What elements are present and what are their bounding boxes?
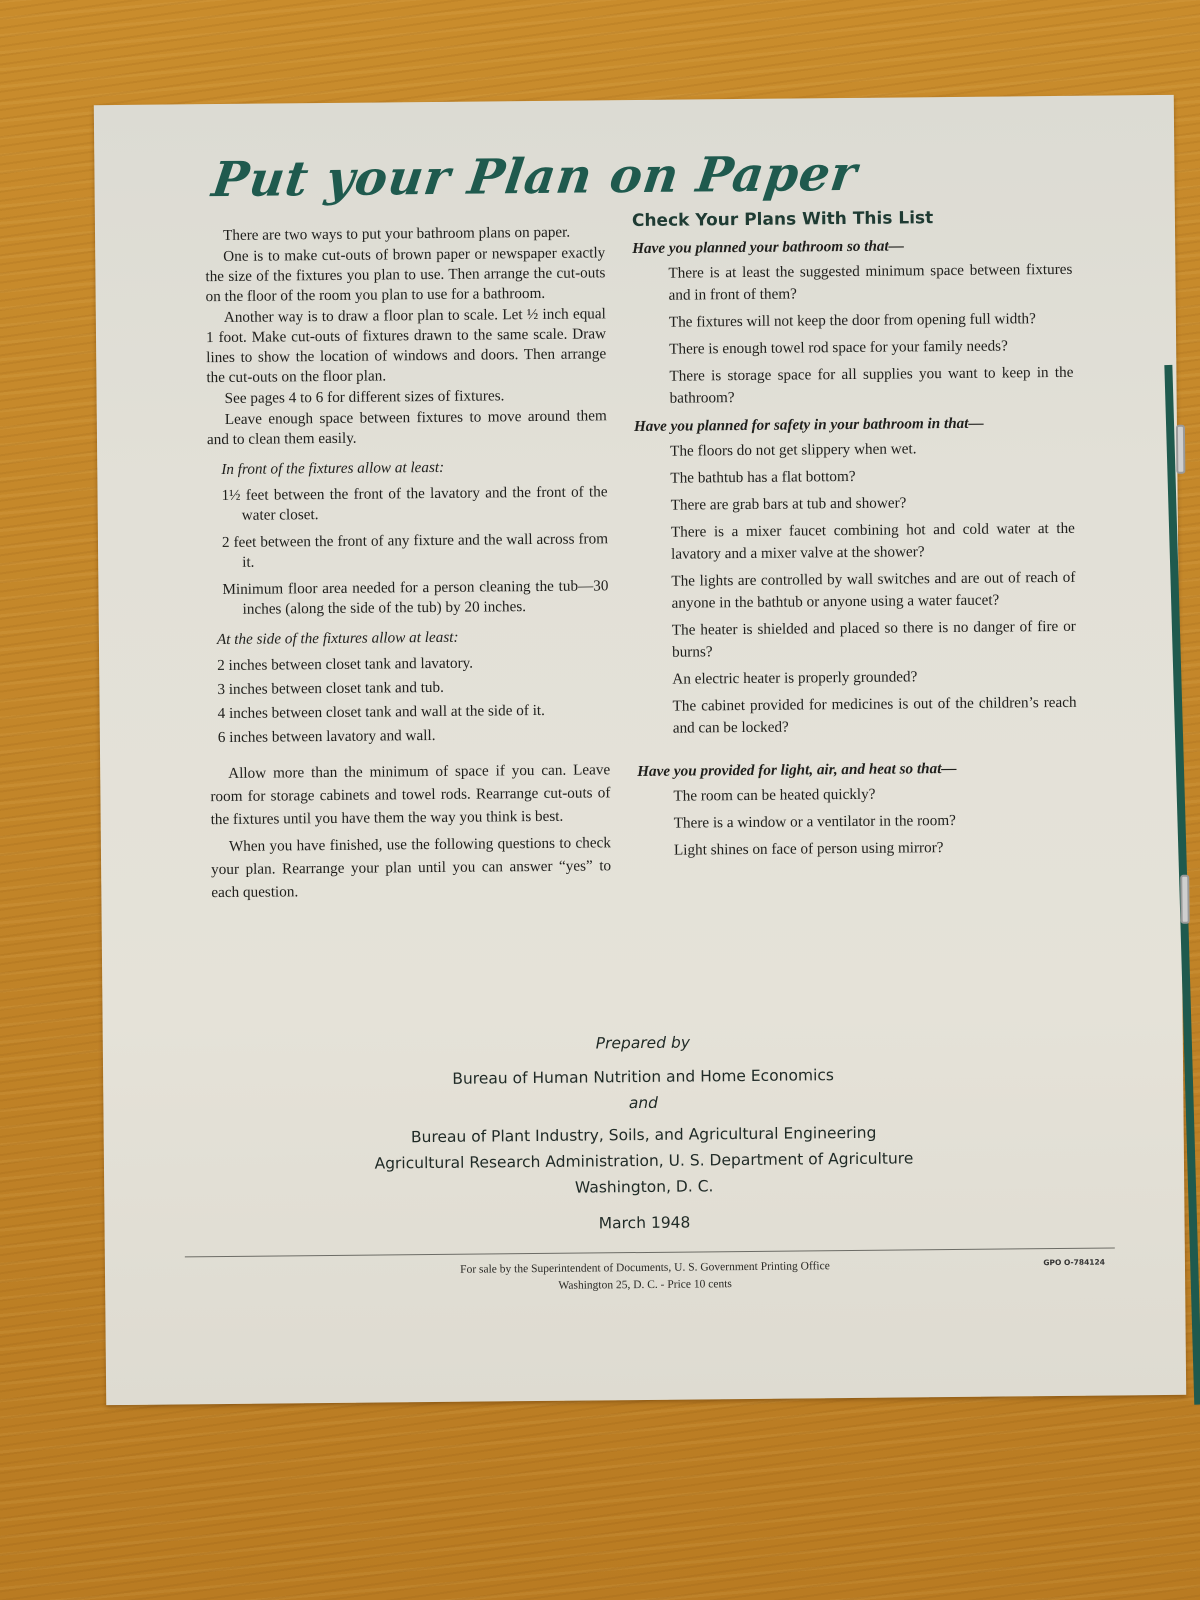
checklist-item: The floors do not get slippery when wet. <box>670 437 1074 463</box>
checklist-item: There is storage space for all supplies … <box>669 362 1073 410</box>
closing-paragraph: When you have finished, use the followin… <box>211 831 612 904</box>
left-column: There are two ways to put your bathroom … <box>205 222 611 905</box>
front-clearance-item: 1½ feet between the front of the lavator… <box>219 482 607 526</box>
checklist-item: The room can be heated quickly? <box>673 782 1077 808</box>
pamphlet-page: Put your Plan on Paper There are two way… <box>94 95 1186 1405</box>
checklist-item: The lights are controlled by wall switch… <box>671 567 1075 615</box>
checklist-title: Check Your Plans With This List <box>632 206 1072 232</box>
closing-paragraph: Allow more than the minimum of space if … <box>210 758 611 831</box>
sale-notice: For sale by the Superintendent of Docume… <box>105 1255 1185 1299</box>
checklist-item: There are grab bars at tub and shower? <box>671 491 1075 517</box>
checklist-item: An electric heater is properly grounded? <box>672 665 1076 691</box>
checklist-group-heading: Have you planned your bathroom so that— <box>632 234 1072 260</box>
side-clearance-item: 6 inches between lavatory and wall. <box>216 724 610 748</box>
min-floor-area-note: Minimum floor area needed for a person c… <box>220 576 608 620</box>
front-clearance-heading: In front of the fixtures allow at least: <box>221 456 607 480</box>
side-clearance-item: 3 inches between closet tank and tub. <box>215 676 609 700</box>
checklist-item: The cabinet provided for medicines is ou… <box>672 692 1076 740</box>
side-clearance-item: 4 inches between closet tank and wall at… <box>216 700 610 724</box>
credits-block: Prepared by Bureau of Human Nutrition an… <box>103 1025 1185 1241</box>
right-column: Check Your Plans With This List Have you… <box>632 206 1078 867</box>
page-title: Put your Plan on Paper <box>209 146 861 208</box>
checklist-group-heading: Have you planned for safety in your bath… <box>634 412 1074 438</box>
gpo-code: GPO O-784124 <box>1043 1258 1105 1268</box>
front-clearance-item: 2 feet between the front of any fixture … <box>220 529 608 573</box>
staple-icon <box>1176 425 1185 474</box>
checklist-item: There is a window or a ventilator in the… <box>674 809 1078 835</box>
checklist-group-heading: Have you provided for light, air, and he… <box>637 757 1077 783</box>
intro-paragraph: Another way is to draw a floor plan to s… <box>206 304 607 388</box>
checklist-item: The bathtub has a flat bottom? <box>670 464 1074 490</box>
checklist-item: There is a mixer faucet combining hot an… <box>671 518 1075 566</box>
prepared-by-label: Prepared by <box>103 1025 1183 1061</box>
intro-paragraph: Leave enough space between fixtures to m… <box>207 406 607 450</box>
checklist-item: The fixtures will not keep the door from… <box>669 308 1073 334</box>
staple-icon <box>1180 875 1189 924</box>
checklist-item: Light shines on face of person using mir… <box>674 836 1078 862</box>
checklist-item: There is enough towel rod space for your… <box>669 335 1073 361</box>
intro-paragraph: See pages 4 to 6 for different sizes of … <box>207 385 607 409</box>
checklist-item: The heater is shielded and placed so the… <box>672 616 1076 664</box>
publication-date: March 1948 <box>104 1205 1184 1241</box>
side-clearance-item: 2 inches between closet tank and lavator… <box>215 652 609 676</box>
intro-paragraph: There are two ways to put your bathroom … <box>205 222 605 246</box>
intro-paragraph: One is to make cut-outs of brown paper o… <box>205 243 606 307</box>
checklist-item: There is at least the suggested minimum … <box>668 259 1072 307</box>
side-clearance-heading: At the side of the fixtures allow at lea… <box>217 626 609 650</box>
